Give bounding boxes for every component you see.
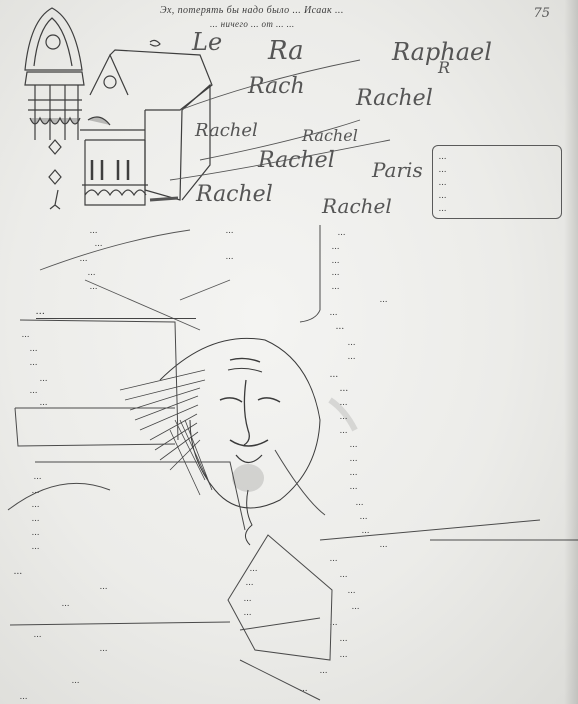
- note-box-right: ... ... ... ... ...: [432, 145, 562, 219]
- note-top-line-2: ... ничего ... от ... ...: [210, 18, 510, 31]
- calligraphy-rachel-1: Rachel: [356, 86, 433, 111]
- calligraphy-rachel-3: Rachel: [302, 126, 358, 145]
- manuscript-page: 75: [0, 0, 578, 704]
- calligraphy-rachel-2: Rachel: [195, 120, 258, 141]
- calligraphy-rachel-6: Rachel: [322, 194, 392, 218]
- calligraphy-le: Le: [192, 28, 222, 56]
- calligraphy-r: R: [438, 58, 450, 77]
- calligraphy-rachel-4: Rachel: [258, 148, 335, 173]
- calligraphy-ra: Ra: [268, 36, 304, 66]
- calligraphy-paris: Paris: [372, 158, 423, 182]
- calligraphy-rachel-5: Rachel: [196, 182, 273, 207]
- calligraphy-rach: Rach: [248, 74, 305, 99]
- note-underlined-heading: ...: [36, 305, 196, 319]
- note-top-line-1: Эх, потерять бы надо было ... Исаак ...: [160, 4, 520, 17]
